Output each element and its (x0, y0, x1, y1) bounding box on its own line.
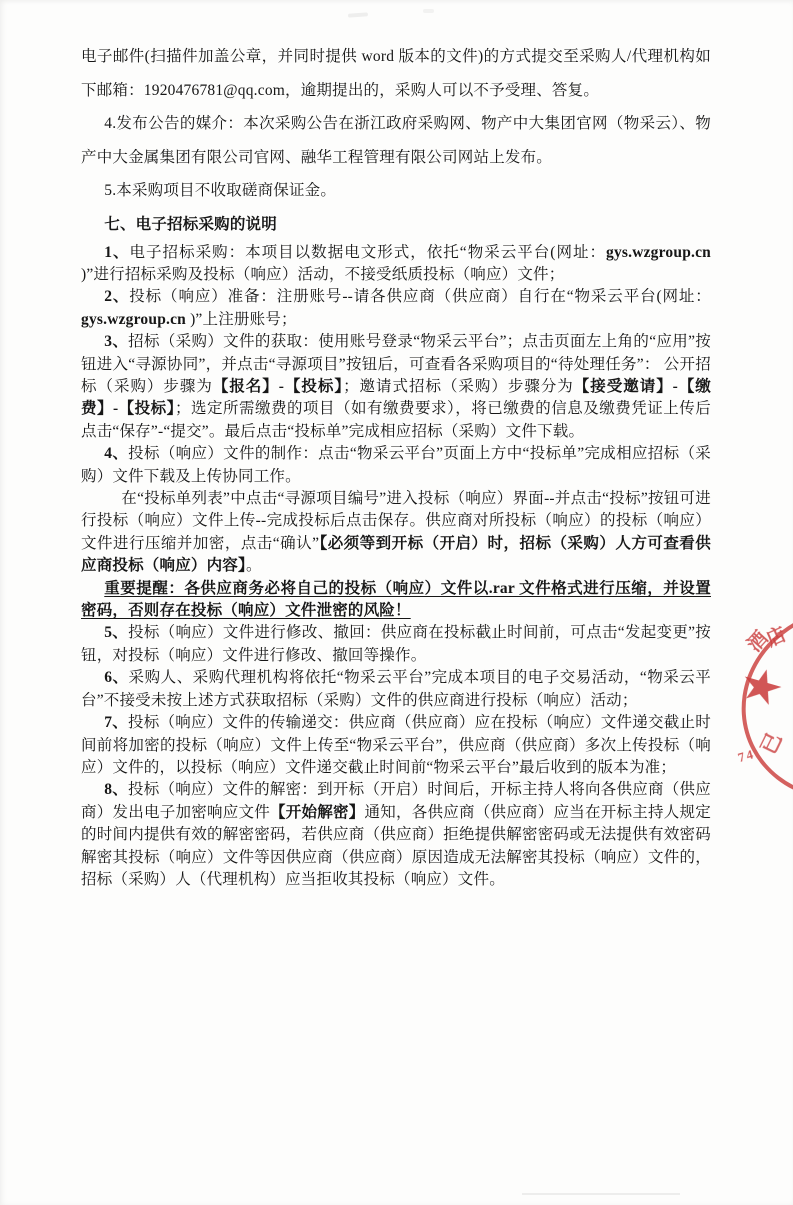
seal-ring (719, 583, 793, 825)
text-segment: 采购人、采购代理机构将依托“物采云平台”完成本项目的电子交易活动，“物采云平台”… (81, 669, 711, 708)
scan-noise (423, 9, 434, 13)
seal-arc-char: 店 (761, 619, 789, 651)
text-segment: 6、 (104, 669, 128, 686)
paragraph-announcement-media: 4.发布公告的媒介：本次采购公告在浙江政府采购网、物产中大集团官网（物采云）、物… (81, 107, 711, 174)
paragraph-item-2: 2、投标（响应）准备：注册账号--请各供应商（供应商）自行在“物采云平台(网址：… (81, 286, 711, 331)
paragraph-email-submission: 电子邮件(扫描件加盖公章，并同时提供 word 版本的文件)的方式提交至采购人/… (81, 40, 711, 107)
paragraph-item-5: 5、投标（响应）文件进行修改、撤回：供应商在投标截止时间前，可点击“发起变更”按… (81, 622, 711, 667)
text-segment: ；邀请式招标（采购）步骤分为 (343, 378, 574, 395)
text-segment: 投标（响应）准备：注册账号--请各供应商（供应商）自行在“物采云平台(网址： (129, 288, 711, 305)
paragraph-item-7: 7、投标（响应）文件的传输递交：供应商（供应商）应在投标（响应）文件递交截止时间… (81, 712, 711, 779)
text-segment: 【报名】-【投标】 (213, 378, 343, 395)
paragraph-no-deposit: 5.本采购项目不收取磋商保证金。 (81, 174, 711, 208)
text-segment: 7、 (104, 714, 128, 731)
paragraph-important-notice: 重要提醒：各供应商务必将自己的投标（响应）文件以.rar 文件格式进行压缩，并设… (81, 578, 711, 623)
document-body: 电子邮件(扫描件加盖公章，并同时提供 word 版本的文件)的方式提交至采购人/… (81, 40, 711, 891)
text-segment: 8、 (104, 781, 128, 798)
text-segment: 【开始解密】 (270, 804, 365, 821)
text-segment: gys.wzgroup.cn (606, 244, 711, 261)
text-segment: gys.wzgroup.cn (81, 311, 186, 328)
text-segment: 2、 (104, 288, 129, 305)
text-segment: ；选定所需缴费的项目（如有缴费要求），将已缴费的信息及缴费凭证上传后点击“保存”… (81, 400, 711, 439)
scan-noise (348, 12, 368, 17)
seal-partial-char: 已 (752, 727, 788, 759)
text-segment: 电子邮件(扫描件加盖公章，并同时提供 word 版本的文件)的方式提交至采购人/… (81, 48, 711, 99)
paragraph-item-3: 3、招标（采购）文件的获取：使用账号登录“物采云平台”；点击页面左上角的“应用”… (81, 331, 711, 443)
paragraph-item-4: 4、投标（响应）文件的制作：点击“物采云平台”页面上方中“投标单”完成相应招标（… (81, 443, 711, 488)
text-segment: 1、 (104, 244, 129, 261)
text-segment: )”进行招标采购及投标（响应）活动，不接受纸质投标（响应）文件； (81, 266, 564, 283)
text-segment: 投标（响应）文件的传输递交：供应商（供应商）应在投标（响应）文件递交截止时间前将… (81, 714, 711, 776)
text-segment: 投标（响应）文件的制作：点击“物采云平台”页面上方中“投标单”完成相应招标（采购… (81, 445, 711, 484)
text-segment: 4.发布公告的媒介：本次采购公告在浙江政府采购网、物产中大集团官网（物采云）、物… (81, 115, 711, 166)
text-segment: 3、 (104, 333, 128, 350)
star-icon: ★ (734, 659, 790, 715)
text-segment: )”上注册账号； (186, 311, 297, 328)
section-heading: 七、电子招标采购的说明 (81, 208, 711, 242)
scanned-document-page: { "document": { "paragraphs": [ { "name"… (0, 0, 793, 1205)
seal-serial-number: 74 (736, 746, 757, 766)
paragraph-item-6: 6、采购人、采购代理机构将依托“物采云平台”完成本项目的电子交易活动，“物采云平… (81, 667, 711, 712)
text-segment: 重要提醒：各供应商务必将自己的投标（响应）文件以.rar 文件格式进行压缩，并设… (81, 580, 711, 619)
text-segment: 5.本采购项目不收取磋商保证金。 (104, 182, 336, 199)
paragraph-item-4-continued: 在“投标单列表”中点击“寻源项目编号”进入投标（响应）界面--并点击“投标”按钮… (81, 488, 711, 578)
scan-noise (487, 59, 493, 62)
paragraph-item-8: 8、投标（响应）文件的解密：到开标（开启）时间后，开标主持人将向各供应商（供应商… (81, 779, 711, 891)
text-segment: 4、 (104, 445, 128, 462)
scan-artifact-line (522, 1193, 680, 1195)
text-segment: 5、 (104, 624, 128, 641)
text-segment: 七、电子招标采购的说明 (104, 216, 277, 233)
paragraph-item-1: 1、电子招标采购：本项目以数据电文形式，依托“物采云平台(网址：gys.wzgr… (81, 242, 711, 287)
text-segment: 投标（响应）文件进行修改、撤回：供应商在投标截止时间前，可点击“发起变更”按钮，… (81, 624, 711, 663)
text-segment: 。 (246, 557, 262, 574)
seal-arc-char: 酒 (740, 624, 773, 656)
text-segment: 电子招标采购：本项目以数据电文形式，依托“物采云平台(网址： (130, 244, 606, 261)
